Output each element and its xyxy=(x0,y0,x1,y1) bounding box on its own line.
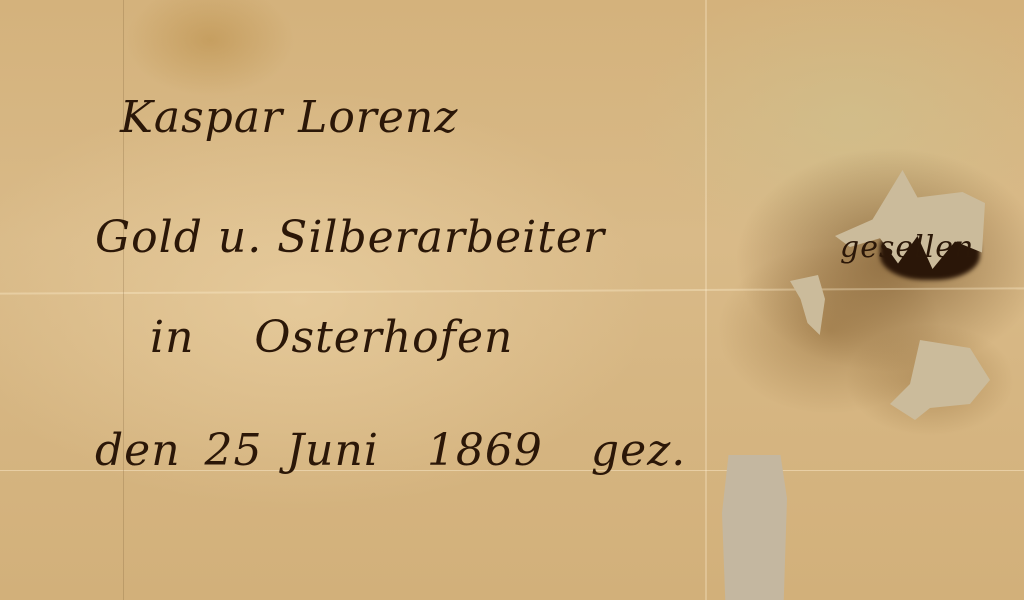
occupation-text: Gold u. Silberarbeiter xyxy=(95,212,605,263)
date-month: Juni xyxy=(287,425,379,476)
signature-abbrev: gez. xyxy=(591,425,686,476)
date-day: 25 xyxy=(205,425,263,476)
place-prefix: in xyxy=(150,312,194,363)
date-prefix: den xyxy=(95,425,181,476)
occupation-continued-text: gesellen xyxy=(840,230,974,265)
torn-paper-patch xyxy=(722,455,787,600)
handwritten-place: inOsterhofen xyxy=(150,312,513,363)
handwritten-occupation: Gold u. Silberarbeiter xyxy=(95,212,605,263)
fold-crease xyxy=(123,0,124,600)
document-scan: Kaspar Lorenz Gold u. Silberarbeiter ges… xyxy=(0,0,1024,600)
torn-paper-patch xyxy=(790,275,825,335)
place-text: Osterhofen xyxy=(254,312,513,363)
fold-crease xyxy=(0,287,1024,294)
handwritten-name: Kaspar Lorenz xyxy=(120,92,458,143)
handwritten-date: den25Juni1869gez. xyxy=(95,425,686,476)
torn-paper-patch xyxy=(890,340,990,420)
handwritten-occupation-continued: gesellen xyxy=(840,230,974,265)
name-text: Kaspar Lorenz xyxy=(120,92,458,143)
date-year: 1869 xyxy=(427,425,543,476)
fold-crease xyxy=(705,0,707,600)
